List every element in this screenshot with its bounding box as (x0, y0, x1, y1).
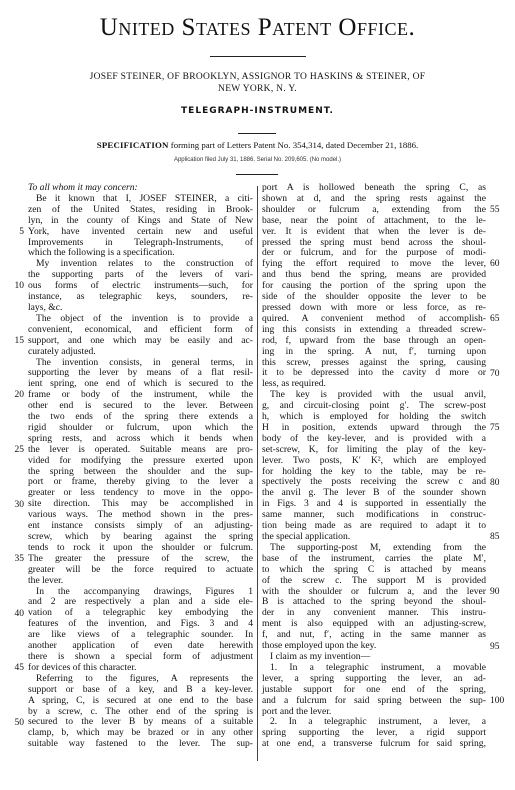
line-number: 20 (12, 390, 24, 401)
line-number: 35 (12, 554, 24, 565)
text-line: suitable way fastened to the lever. The … (28, 739, 253, 750)
text-line: curately adjusted. (28, 347, 253, 358)
line-number: 40 (12, 609, 24, 620)
line-number: 85 (490, 532, 510, 543)
text-line: support, and one which may be easily and… (28, 336, 253, 347)
inventor-line-1: JOSEF STEINER, OF BROOKLYN, ASSIGNOR TO … (30, 71, 485, 83)
text-line: of the screw c. The support M is provide… (262, 576, 486, 587)
application-info: Application filed July 31, 1886. Serial … (0, 157, 515, 163)
column-divider (257, 186, 258, 761)
text-line: A spring, C, is secured at one end to th… (28, 696, 253, 707)
text-line: the lever. (28, 576, 253, 587)
page-title: United States Patent Office. (0, 14, 515, 42)
line-number: 95 (490, 642, 510, 653)
text-line: greater will be the force required to ac… (28, 565, 253, 576)
text-line: ver. It is evident that when the lever i… (262, 227, 486, 238)
line-number: 75 (490, 423, 510, 434)
text-line: rod, f, upward from the base through an … (262, 336, 486, 347)
line-number: 30 (12, 500, 24, 511)
line-number: 80 (490, 478, 510, 489)
text-line: lyn, in the county of Kings and State of… (28, 216, 253, 227)
line-number: 25 (12, 445, 24, 456)
text-line: ing in the spring. A nut, f′, turning up… (262, 347, 486, 358)
title-divider (210, 56, 306, 57)
line-number: 5 (12, 227, 24, 238)
line-number: 60 (490, 259, 510, 270)
inventor-line-2: NEW YORK, N. Y. (30, 83, 485, 95)
line-number: 65 (490, 314, 510, 325)
text-line: vided for modifying the pressure exerted… (28, 456, 253, 467)
text-line: and a fulcrum for said spring between th… (262, 696, 486, 707)
text-line: at one end, a transverse fulcrum for sai… (262, 739, 486, 750)
inventor-assignor: JOSEF STEINER, OF BROOKLYN, ASSIGNOR TO … (30, 71, 485, 95)
subject-divider (238, 133, 276, 134)
text-line: base, near the point of attachment, to t… (262, 216, 486, 227)
line-number: 10 (12, 281, 24, 292)
text-line: lever. Two posts, K′ K², which are emplo… (262, 456, 486, 467)
line-number: 90 (490, 587, 510, 598)
application-divider (236, 174, 278, 175)
text-line: justable support for one end of the spri… (262, 685, 486, 696)
text-line: support or base of a key, and B a key-le… (28, 685, 253, 696)
left-text-column: To all whom it may concern:Be it known t… (28, 183, 253, 750)
line-number: 45 (12, 663, 24, 674)
specification-text: forming part of Letters Patent No. 354,3… (169, 140, 419, 150)
specification-line: SPECIFICATION forming part of Letters Pa… (0, 140, 515, 150)
line-number: 50 (12, 718, 24, 729)
line-number: 100 (490, 696, 510, 707)
line-number: 70 (490, 369, 510, 380)
text-line: York, have invented certain new and usef… (28, 227, 253, 238)
specification-label: SPECIFICATION (97, 140, 169, 150)
right-text-column: port A is hollowed beneath the spring C,… (262, 183, 486, 750)
invention-subject: TELEGRAPH-INSTRUMENT. (0, 106, 515, 116)
line-number: 15 (12, 336, 24, 347)
line-number: 55 (490, 205, 510, 216)
text-line: to which the spring C is attached by mea… (262, 565, 486, 576)
